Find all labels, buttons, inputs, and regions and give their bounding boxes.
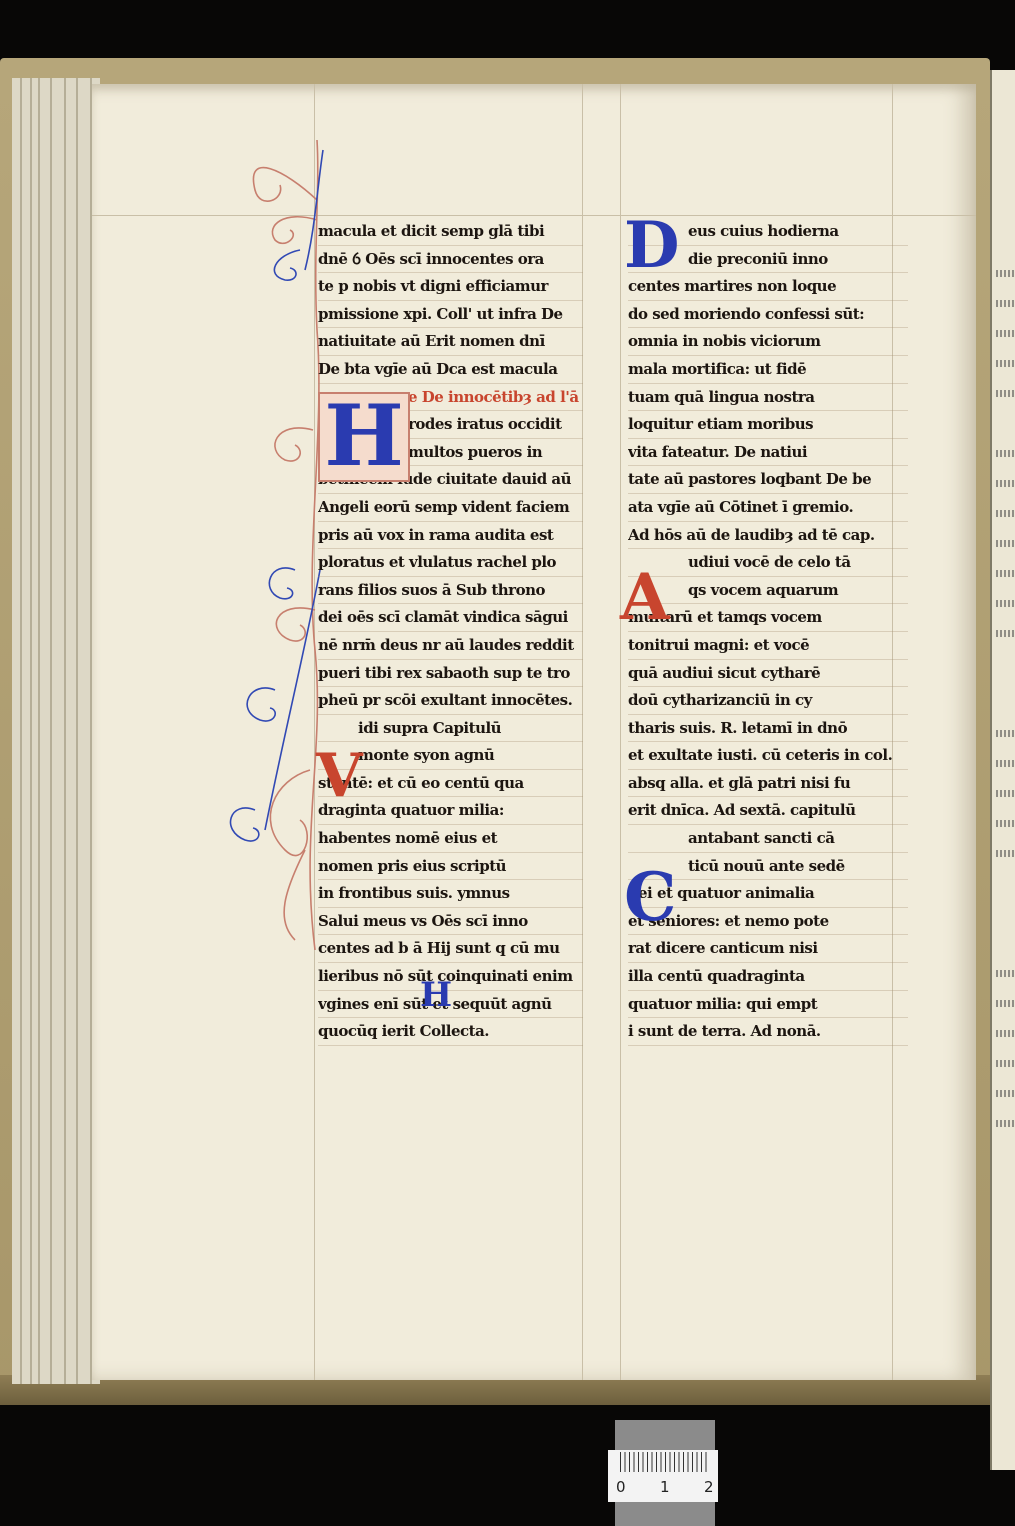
text-line: tuam quā lingua nostra <box>628 384 908 412</box>
text-line: natiuitate aū Erit nomen dnī <box>318 328 583 356</box>
text-line: De bta vgīe aū Dca est macula <box>318 356 583 384</box>
text-line: dei oēs scī clamāt vindica sāgui <box>318 604 583 632</box>
text-line: tonitrui magni: et vocē <box>628 632 908 660</box>
text-line: rat dicere canticum nisi <box>628 935 908 963</box>
text-line: habentes nomē eius et <box>318 825 583 853</box>
text-line: nomen pris eius scriptū <box>318 853 583 881</box>
text-line: pheū pr scōi exultant innocētes. <box>318 687 583 715</box>
text-line: do sed moriendo confessi sūt: <box>628 301 908 329</box>
left-text-column: macula et dicit semp glā tibi dnē ỽ Oēs … <box>318 218 583 1046</box>
text-line: pueri tibi rex sabaoth sup te tro <box>318 660 583 688</box>
scale-label-0: 0 <box>616 1478 626 1496</box>
text-line: Angeli eorū semp vident faciem <box>318 494 583 522</box>
facing-page-edge <box>990 70 1015 1470</box>
text-line: nē nrm̄ deus nr aū laudes reddit <box>318 632 583 660</box>
initial-v-red: V <box>316 746 363 806</box>
initial-h-blue: H <box>318 392 410 482</box>
text-line: rans filios suos ā Sub throno <box>318 577 583 605</box>
text-line: ploratus et vlulatus rachel plo <box>318 549 583 577</box>
text-line: i sunt de terra. Ad nonā. <box>628 1018 908 1046</box>
text-line: tharis suis. R. letamī in dnō <box>628 715 908 743</box>
text-line: doū cytharizanciū in cy <box>628 687 908 715</box>
scale-label-1: 1 <box>660 1478 670 1496</box>
text-line: dnē ỽ Oēs scī innocentes ora <box>318 246 583 274</box>
text-line: Salui meus vs Oēs scī inno <box>318 908 583 936</box>
text-line: pmissione xpi. Coll' ut infra De <box>318 301 583 329</box>
text-line: antabant sancti cā <box>628 825 908 853</box>
text-line: pris aū vox in rama audita est <box>318 522 583 550</box>
ruling-line <box>620 84 621 1380</box>
text-line: macula et dicit semp glā tibi <box>318 218 583 246</box>
text-line: quā audiui sicut cytharē <box>628 660 908 688</box>
text-line: centes ad b ā Hij sunt q cū mu <box>318 935 583 963</box>
text-line: omnia in nobis viciorum <box>628 328 908 356</box>
text-line: tate aū pastores loqbant De be <box>628 466 908 494</box>
text-line: quocūq ierit Collecta. <box>318 1018 583 1046</box>
initial-h-blue-small: H <box>420 978 452 1012</box>
text-line: in frontibus suis. ymnus <box>318 880 583 908</box>
filigree-border-decoration <box>205 130 335 950</box>
initial-d-blue: D <box>624 214 680 278</box>
text-line: illa centū quadraginta <box>628 963 908 991</box>
scale-bar-label: 0 1 2 <box>608 1450 718 1502</box>
initial-c-blue: C <box>624 864 677 930</box>
text-line: erit dnīca. Ad sextā. capitulū <box>628 797 908 825</box>
text-line: ata vgīe aū Cōtinet ī gremio. <box>628 494 908 522</box>
text-line: udiui vocē de celo tā <box>628 549 908 577</box>
text-line: Ad hōs aū de laudibȝ ad tē cap. <box>628 522 908 550</box>
scale-ticks <box>620 1452 710 1472</box>
text-line: vita fateatur. De natiui <box>628 439 908 467</box>
page-stack <box>12 78 100 1384</box>
text-line: absq alla. et glā patri nisi fu <box>628 770 908 798</box>
text-line: idi supra Capitulū <box>318 715 583 743</box>
text-line: qs vocem aquarum <box>628 577 908 605</box>
text-line: multarū et tamqs vocem <box>628 604 908 632</box>
text-line: quatuor milia: qui empt <box>628 991 908 1019</box>
text-line: loquitur etiam moribus <box>628 411 908 439</box>
scale-label-2: 2 <box>704 1478 714 1496</box>
initial-a-red: A <box>620 566 670 630</box>
text-line: te p nobis vt digni efficiamur <box>318 273 583 301</box>
text-line: et exultate iusti. cū ceteris in col. <box>628 742 908 770</box>
text-line: mala mortifica: ut fidē <box>628 356 908 384</box>
